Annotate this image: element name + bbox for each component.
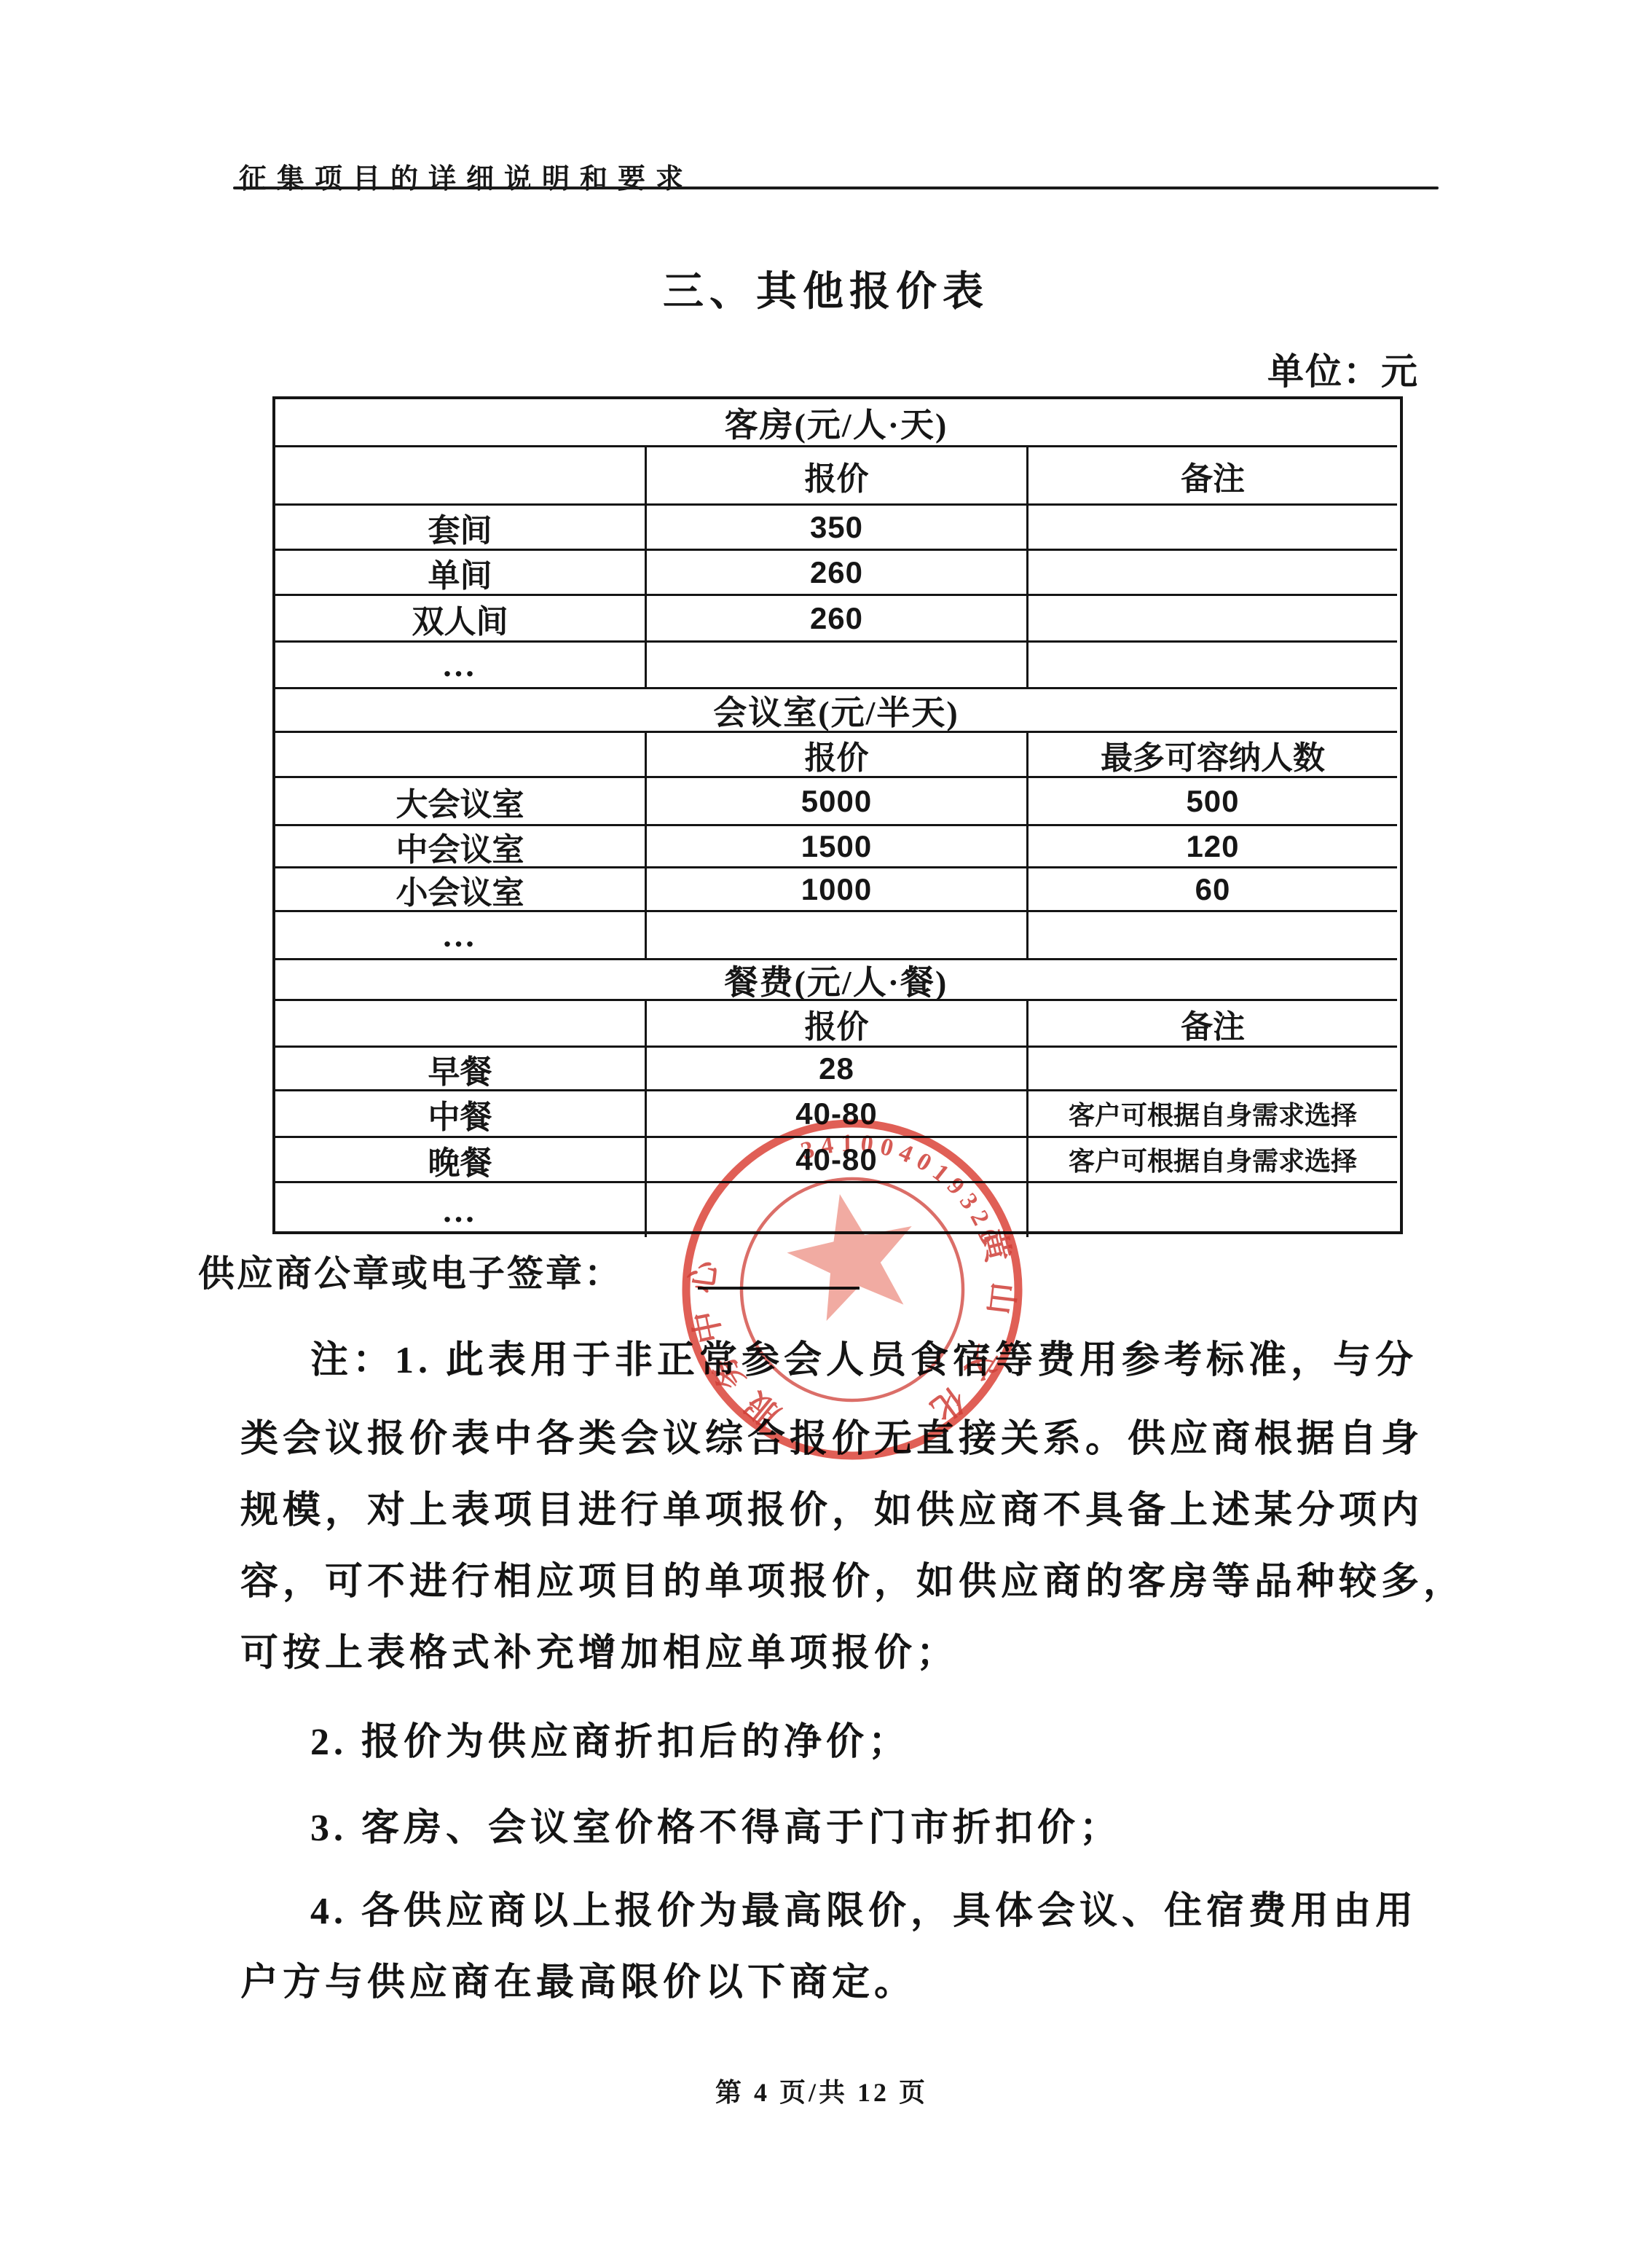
row-label: 单间 <box>275 551 647 596</box>
row-capacity <box>1028 912 1397 960</box>
row-note: 客户可根据自身需求选择 <box>1028 1091 1397 1138</box>
row-label: 中会议室 <box>275 826 647 868</box>
signature-blank-line <box>698 1287 860 1290</box>
row-capacity: 60 <box>1028 868 1397 912</box>
header-rule-line <box>233 187 1439 189</box>
row-label-ellipsis: … <box>275 1183 647 1237</box>
row-price: 40-80 <box>647 1138 1028 1183</box>
row-label-ellipsis: … <box>275 643 647 689</box>
row-label: 双人间 <box>275 596 647 643</box>
row-note <box>1028 1048 1397 1091</box>
row-note: 客户可根据自身需求选择 <box>1028 1138 1397 1183</box>
note-line-2: 类会议报价表中各类会议综合报价无直接关系。供应商根据自身 <box>240 1408 1423 1462</box>
row-price: 5000 <box>647 778 1028 826</box>
note-line-9: 户方与供应商在最高限价以下商定。 <box>240 1951 916 2006</box>
row-price <box>647 643 1028 689</box>
stamp-ring-text-right: 黄山 <box>969 1225 1026 1337</box>
row-price <box>647 1183 1028 1237</box>
column-header-blank <box>275 1001 647 1048</box>
column-header-blank <box>275 733 647 778</box>
row-note <box>1028 1183 1397 1237</box>
row-label: 大会议室 <box>275 778 647 826</box>
row-price: 350 <box>647 506 1028 551</box>
note-line-4: 容，可不进行相应项目的单项报价，如供应商的客房等品种较多， <box>240 1550 1466 1605</box>
unit-label: 单位：元 <box>1267 342 1419 395</box>
note-line-6: 2. 报价为供应商折扣后的净价； <box>310 1711 910 1765</box>
row-note <box>1028 643 1397 689</box>
svg-text:黄山: 黄山 <box>969 1225 1026 1337</box>
row-capacity: 120 <box>1028 826 1397 868</box>
row-label: 中餐 <box>275 1091 647 1138</box>
note-line-3: 规模，对上表项目进行单项报价，如供应商不具备上述某分项内 <box>240 1479 1423 1534</box>
row-note <box>1028 506 1397 551</box>
column-header-capacity: 最多可容纳人数 <box>1028 733 1397 778</box>
note-line-5: 可按上表格式补充增加相应单项报价； <box>240 1622 959 1676</box>
table-section-title-meals: 餐费(元/人·餐) <box>275 960 1397 1001</box>
row-capacity: 500 <box>1028 778 1397 826</box>
row-label: 早餐 <box>275 1048 647 1091</box>
row-price <box>647 912 1028 960</box>
quotation-table: 客房(元/人·天) 报价 备注 套间 350 单间 260 双人间 260 … … <box>272 396 1403 1234</box>
column-header-price: 报价 <box>647 733 1028 778</box>
column-header-note: 备注 <box>1028 447 1397 506</box>
table-section-title-meeting-rooms: 会议室(元/半天) <box>275 689 1397 733</box>
scanned-document-page: 征集项目的详细说明和要求 三、其他报价表 单位：元 客房(元/人·天) 报价 备… <box>0 0 1652 2244</box>
column-header-price: 报价 <box>647 1001 1028 1048</box>
row-label-ellipsis: … <box>275 912 647 960</box>
note-line-8: 4. 各供应商以上报价为最高限价，具体会议、住宿费用由用 <box>310 1880 1417 1934</box>
column-header-note: 备注 <box>1028 1001 1397 1048</box>
table-section-title-rooms: 客房(元/人·天) <box>275 399 1397 447</box>
row-price: 1500 <box>647 826 1028 868</box>
row-price: 40-80 <box>647 1091 1028 1138</box>
column-header-blank <box>275 447 647 506</box>
row-label: 套间 <box>275 506 647 551</box>
row-price: 260 <box>647 596 1028 643</box>
note-line-1: 注：1. 此表用于非正常参会人员食宿等费用参考标准，与分 <box>310 1329 1417 1384</box>
row-price: 260 <box>647 551 1028 596</box>
page-header-title: 征集项目的详细说明和要求 <box>239 156 693 196</box>
note-line-7: 3. 客房、会议室价格不得高于门市折扣价； <box>310 1797 1122 1851</box>
row-label: 小会议室 <box>275 868 647 912</box>
row-label: 晚餐 <box>275 1138 647 1183</box>
page-number-footer: 第 4 页/共 12 页 <box>0 2072 1643 2109</box>
row-price: 1000 <box>647 868 1028 912</box>
supplier-seal-signature-label: 供应商公章或电子签章： <box>198 1244 623 1297</box>
column-header-price: 报价 <box>647 447 1028 506</box>
row-note <box>1028 596 1397 643</box>
section-title: 三、其他报价表 <box>0 259 1652 318</box>
row-note <box>1028 551 1397 596</box>
row-price: 28 <box>647 1048 1028 1091</box>
